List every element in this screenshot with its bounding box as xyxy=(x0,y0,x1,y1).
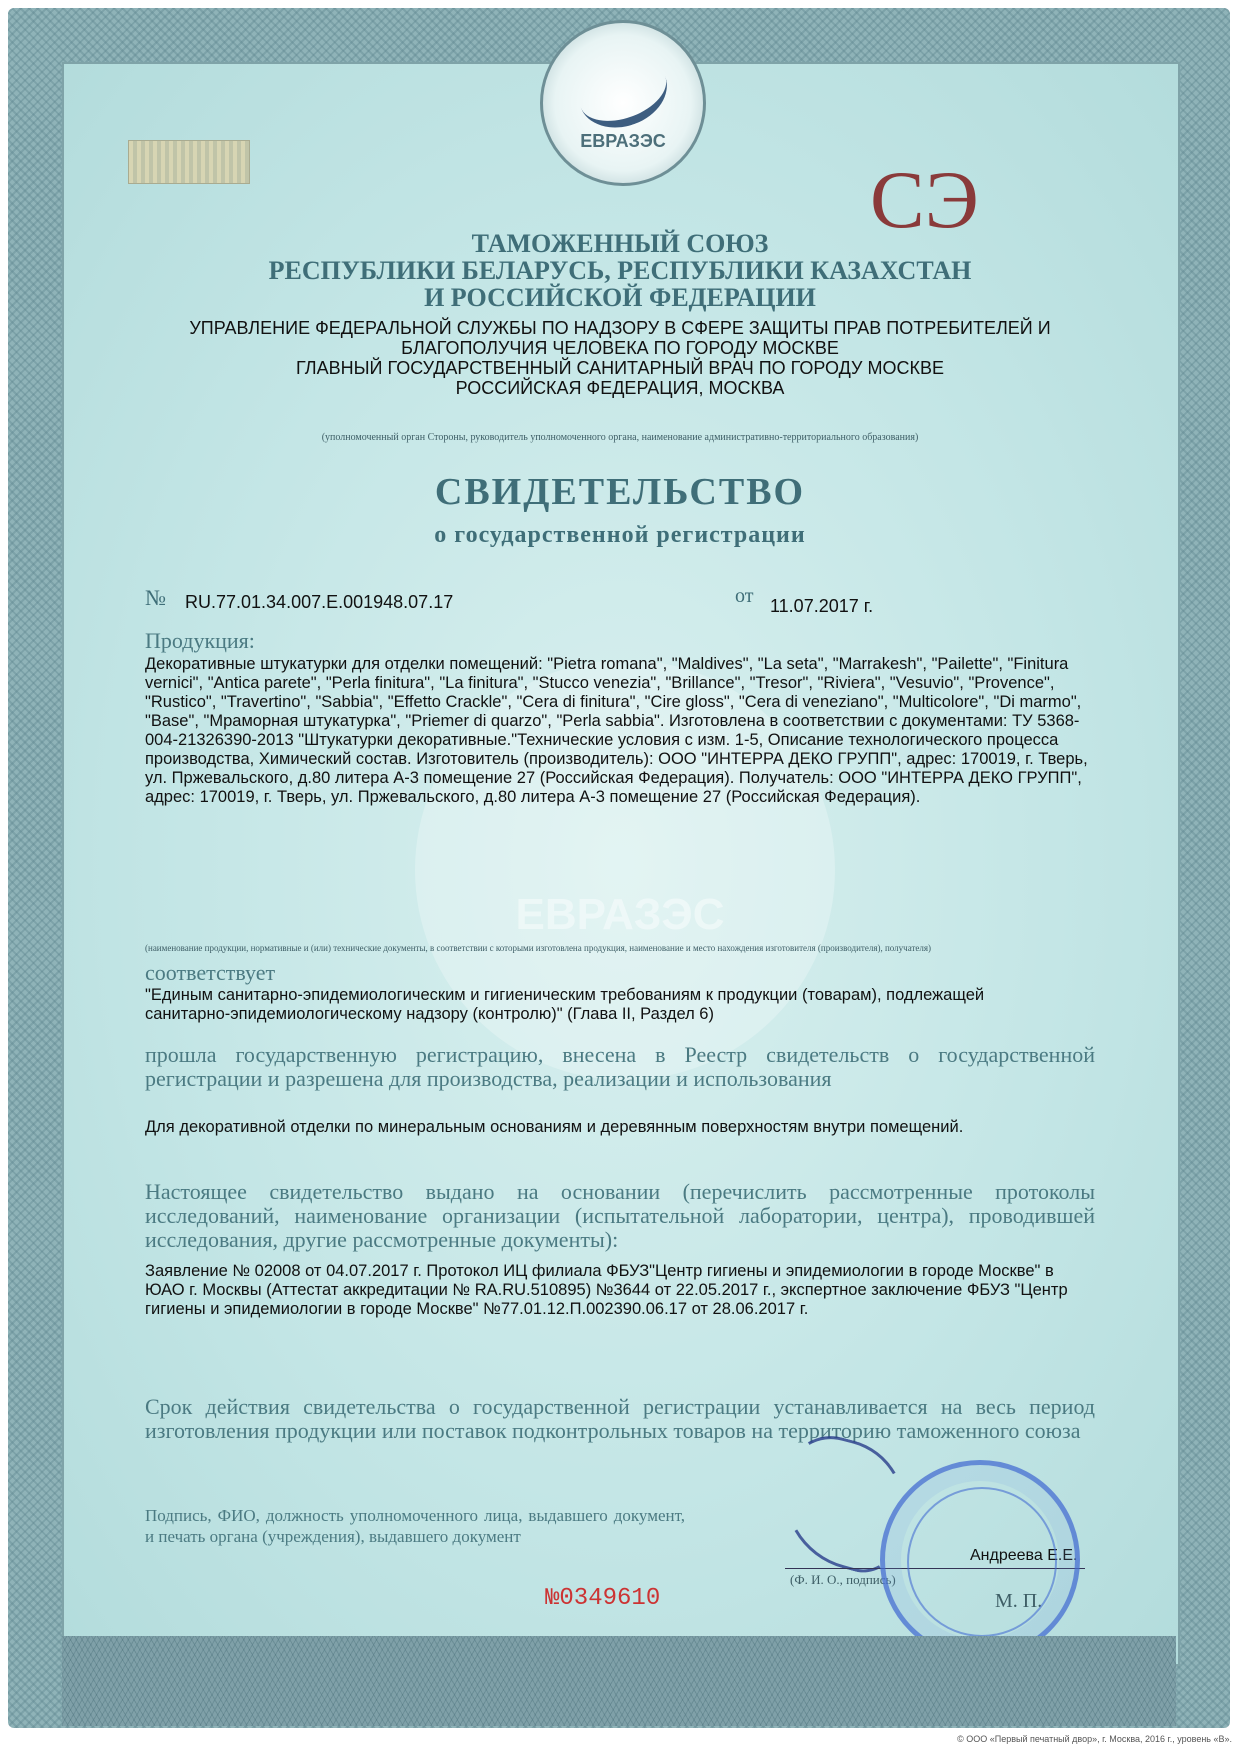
number-label: № xyxy=(145,585,166,611)
conformity-label: соответствует xyxy=(145,960,275,986)
agency-line: ГЛАВНЫЙ ГОСУДАРСТВЕННЫЙ САНИТАРНЫЙ ВРАЧ … xyxy=(150,358,1090,378)
customs-union-header: ТАМОЖЕННЫЙ СОЮЗ РЕСПУБЛИКИ БЕЛАРУСЬ, РЕС… xyxy=(150,230,1090,311)
document-title: СВИДЕТЕЛЬСТВО xyxy=(150,470,1090,514)
certificate-page: ЕВРАЗЭС ЕВРАЗЭС СЭ ТАМОЖЕННЫЙ СОЮЗ РЕСПУ… xyxy=(0,0,1240,1754)
basis-documents: Заявление № 02008 от 04.07.2017 г. Прото… xyxy=(145,1262,1075,1319)
registration-number: RU.77.01.34.007.E.001948.07.17 xyxy=(185,592,453,613)
watermark-text: ЕВРАЗЭС xyxy=(470,890,770,940)
union-line: И РОССИЙСКОЙ ФЕДЕРАЦИИ xyxy=(150,284,1090,311)
printer-footer: © ООО «Первый печатный двор», г. Москва,… xyxy=(957,1734,1232,1744)
union-line: РЕСПУБЛИКИ БЕЛАРУСЬ, РЕСПУБЛИКИ КАЗАХСТА… xyxy=(150,257,1090,284)
agency-line: БЛАГОПОЛУЧИЯ ЧЕЛОВЕКА ПО ГОРОДУ МОСКВЕ xyxy=(150,338,1090,358)
union-line: ТАМОЖЕННЫЙ СОЮЗ xyxy=(150,230,1090,257)
conformity-text: "Единым санитарно-эпидемиологическим и г… xyxy=(145,986,1025,1024)
agency-line: УПРАВЛЕНИЕ ФЕДЕРАЛЬНОЙ СЛУЖБЫ ПО НАДЗОРУ… xyxy=(150,318,1090,338)
evrazes-emblem-icon: ЕВРАЗЭС xyxy=(540,20,706,186)
official-seal-stamp xyxy=(880,1460,1080,1660)
signature-label: Подпись, ФИО, должность уполномоченного … xyxy=(145,1505,685,1547)
usage-scope: Для декоративной отделки по минеральным … xyxy=(145,1118,1015,1137)
seal-inner-ring xyxy=(907,1487,1057,1637)
basis-label: Настоящее свидетельство выдано на основа… xyxy=(145,1180,1095,1252)
registration-status: прошла государственную регистрацию, внес… xyxy=(145,1043,1095,1091)
document-subtitle: о государственной регистрации xyxy=(150,522,1090,549)
signature-caption: (Ф. И. О., подпись) xyxy=(790,1572,896,1588)
agency-header: УПРАВЛЕНИЕ ФЕДЕРАЛЬНОЙ СЛУЖБЫ ПО НАДЗОРУ… xyxy=(150,318,1090,398)
form-serial-number: №0349610 xyxy=(545,1585,660,1612)
hologram-sticker xyxy=(128,140,250,184)
emblem-label: ЕВРАЗЭС xyxy=(543,131,703,152)
guilloche-bottom-band xyxy=(62,1636,1176,1726)
product-label: Продукция: xyxy=(145,628,255,654)
agency-caption: (уполномоченный орган Стороны, руководит… xyxy=(150,432,1090,443)
product-caption: (наименование продукции, нормативные и (… xyxy=(145,943,1095,953)
registration-date: 11.07.2017 г. xyxy=(770,596,873,617)
validity-text: Срок действия свидетельства о государств… xyxy=(145,1395,1095,1443)
date-label: от xyxy=(735,585,753,608)
product-description: Декоративные штукатурки для отделки поме… xyxy=(145,655,1105,807)
emblem-swoosh xyxy=(569,45,677,140)
agency-line: РОССИЙСКАЯ ФЕДЕРАЦИЯ, МОСКВА xyxy=(150,378,1090,398)
